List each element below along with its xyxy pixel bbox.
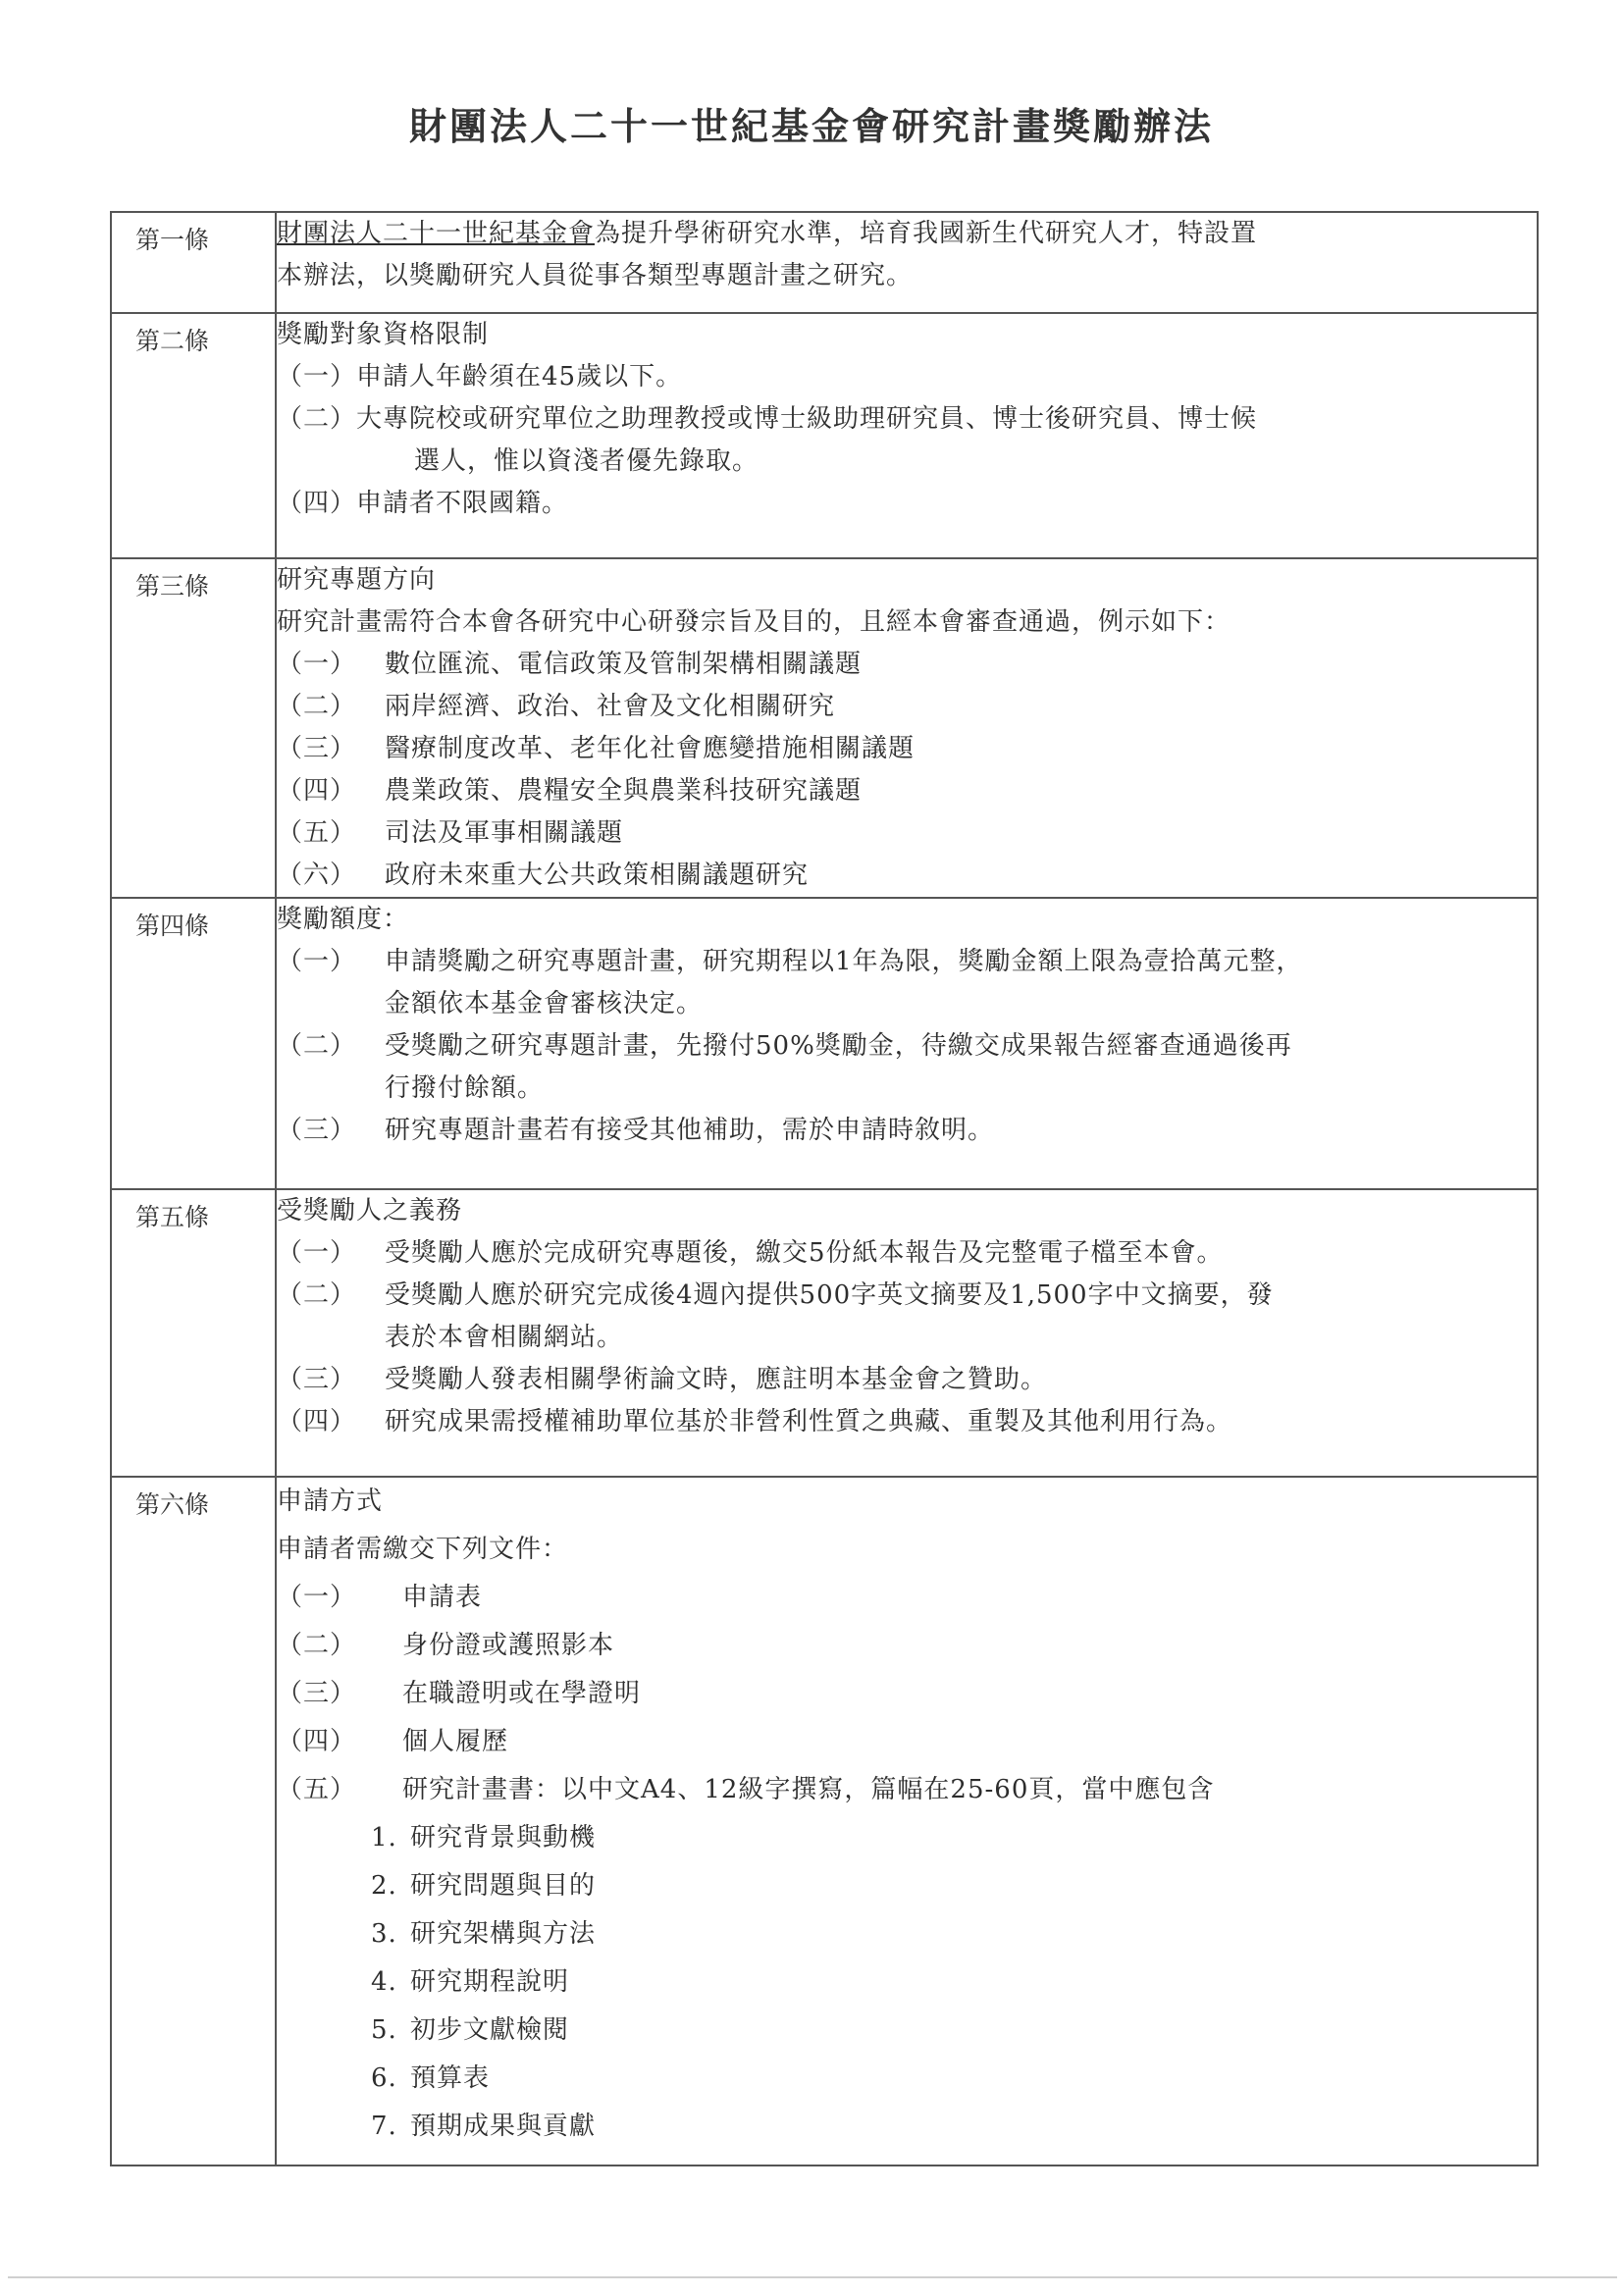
article-row-6: 第六條 申請方式 申請者需繳交下列文件： （一）申請表 （二）身份證或護照影本 … <box>111 1477 1538 2166</box>
article-row-5: 第五條 受獎勵人之義務 （一）受獎勵人應於完成研究專題後，繳交5份紙本報告及完整… <box>111 1189 1538 1477</box>
scan-edge-line <box>8 2276 1617 2278</box>
list-item: （二）兩岸經濟、政治、社會及文化相關研究 <box>277 686 1537 728</box>
proposal-contents-list: 1.研究背景與動機 2.研究問題與目的 3.研究架構與方法 4.研究期程說明 5… <box>277 1814 1537 2151</box>
list-item-continuation: 選人，惟以資淺者優先錄取。 <box>277 441 1537 483</box>
list-item: （五）研究計畫書：以中文A4、12級字撰寫，篇幅在25-60頁，當中應包含 <box>277 1766 1537 1814</box>
list-item-continuation: 行撥付餘額。 <box>277 1068 1537 1110</box>
list-item: （二）受獎勵之研究專題計畫，先撥付50%獎勵金，待繳交成果報告經審查通過後再 <box>277 1025 1537 1068</box>
article-label: 第四條 <box>112 899 275 946</box>
article-subheading: 研究計畫需符合本會各研究中心研發宗旨及目的，且經本會審查通過，例示如下： <box>277 601 1537 644</box>
list-item: （三）受獎勵人發表相關學術論文時，應註明本基金會之贊助。 <box>277 1359 1537 1401</box>
list-item: （一）申請表 <box>277 1574 1537 1622</box>
article-text: 財團法人二十一世紀基金會為提升學術研究水準，培育我國新生代研究人才，特設置 <box>277 213 1537 255</box>
article-subheading: 申請者需繳交下列文件： <box>277 1526 1537 1574</box>
sub-list-item: 2.研究問題與目的 <box>371 1862 1537 1910</box>
article-heading: 受獎勵人之義務 <box>277 1190 1537 1232</box>
list-item: （四）農業政策、農糧安全與農業科技研究議題 <box>277 770 1537 812</box>
article-label: 第一條 <box>112 213 275 260</box>
article-label: 第三條 <box>112 559 275 606</box>
list-item: （四）研究成果需授權補助單位基於非營利性質之典藏、重製及其他利用行為。 <box>277 1401 1537 1443</box>
article-heading: 獎勵額度： <box>277 899 1537 941</box>
sub-list-item: 3.研究架構與方法 <box>371 1910 1537 1958</box>
list-item: （六）政府未來重大公共政策相關議題研究 <box>277 855 1537 897</box>
article-heading: 申請方式 <box>277 1478 1537 1526</box>
article-row-1: 第一條 財團法人二十一世紀基金會為提升學術研究水準，培育我國新生代研究人才，特設… <box>111 212 1538 313</box>
list-item-continuation: 表於本會相關網站。 <box>277 1317 1537 1359</box>
article-label: 第六條 <box>112 1478 275 1525</box>
article-row-3: 第三條 研究專題方向 研究計畫需符合本會各研究中心研發宗旨及目的，且經本會審查通… <box>111 558 1538 898</box>
regulations-table: 第一條 財團法人二十一世紀基金會為提升學術研究水準，培育我國新生代研究人才，特設… <box>110 211 1539 2166</box>
list-item: （四）申請者不限國籍。 <box>277 483 1537 525</box>
list-item: （一）受獎勵人應於完成研究專題後，繳交5份紙本報告及完整電子檔至本會。 <box>277 1232 1537 1275</box>
list-item: （二）身份證或護照影本 <box>277 1622 1537 1670</box>
document-title: 財團法人二十一世紀基金會研究計畫獎勵辦法 <box>0 96 1623 150</box>
article-text-line2: 本辦法，以獎勵研究人員從事各類型專題計畫之研究。 <box>277 255 1537 297</box>
list-item: （三）在職證明或在學證明 <box>277 1670 1537 1718</box>
sub-list-item: 7.預期成果與貢獻 <box>371 2103 1537 2151</box>
sub-list-item: 6.預算表 <box>371 2055 1537 2103</box>
list-item-continuation: 金額依本基金會審核決定。 <box>277 983 1537 1025</box>
article-heading: 獎勵對象資格限制 <box>277 314 1537 356</box>
list-item: （四）個人履歷 <box>277 1718 1537 1766</box>
list-item: （一）數位匯流、電信政策及管制架構相關議題 <box>277 644 1537 686</box>
list-item: （二）受獎勵人應於研究完成後4週內提供500字英文摘要及1,500字中文摘要，發 <box>277 1275 1537 1317</box>
list-item: （三）醫療制度改革、老年化社會應變措施相關議題 <box>277 728 1537 770</box>
article-label: 第二條 <box>112 314 275 361</box>
list-item: （一）申請人年齡須在45歲以下。 <box>277 356 1537 398</box>
foundation-name: 財團法人二十一世紀基金會 <box>277 219 595 248</box>
list-item: （一）申請獎勵之研究專題計畫，研究期程以1年為限，獎勵金額上限為壹拾萬元整， <box>277 941 1537 983</box>
sub-list-item: 4.研究期程說明 <box>371 1958 1537 2007</box>
list-item: （二）大專院校或研究單位之助理教授或博士級助理研究員、博士後研究員、博士候 <box>277 398 1537 441</box>
article-heading: 研究專題方向 <box>277 559 1537 601</box>
article-row-2: 第二條 獎勵對象資格限制 （一）申請人年齡須在45歲以下。 （二）大專院校或研究… <box>111 313 1538 558</box>
sub-list-item: 1.研究背景與動機 <box>371 1814 1537 1862</box>
article-row-4: 第四條 獎勵額度： （一）申請獎勵之研究專題計畫，研究期程以1年為限，獎勵金額上… <box>111 898 1538 1189</box>
list-item: （五）司法及軍事相關議題 <box>277 812 1537 855</box>
article-label: 第五條 <box>112 1190 275 1237</box>
sub-list-item: 5.初步文獻檢閱 <box>371 2007 1537 2055</box>
list-item: （三）研究專題計畫若有接受其他補助，需於申請時敘明。 <box>277 1110 1537 1152</box>
